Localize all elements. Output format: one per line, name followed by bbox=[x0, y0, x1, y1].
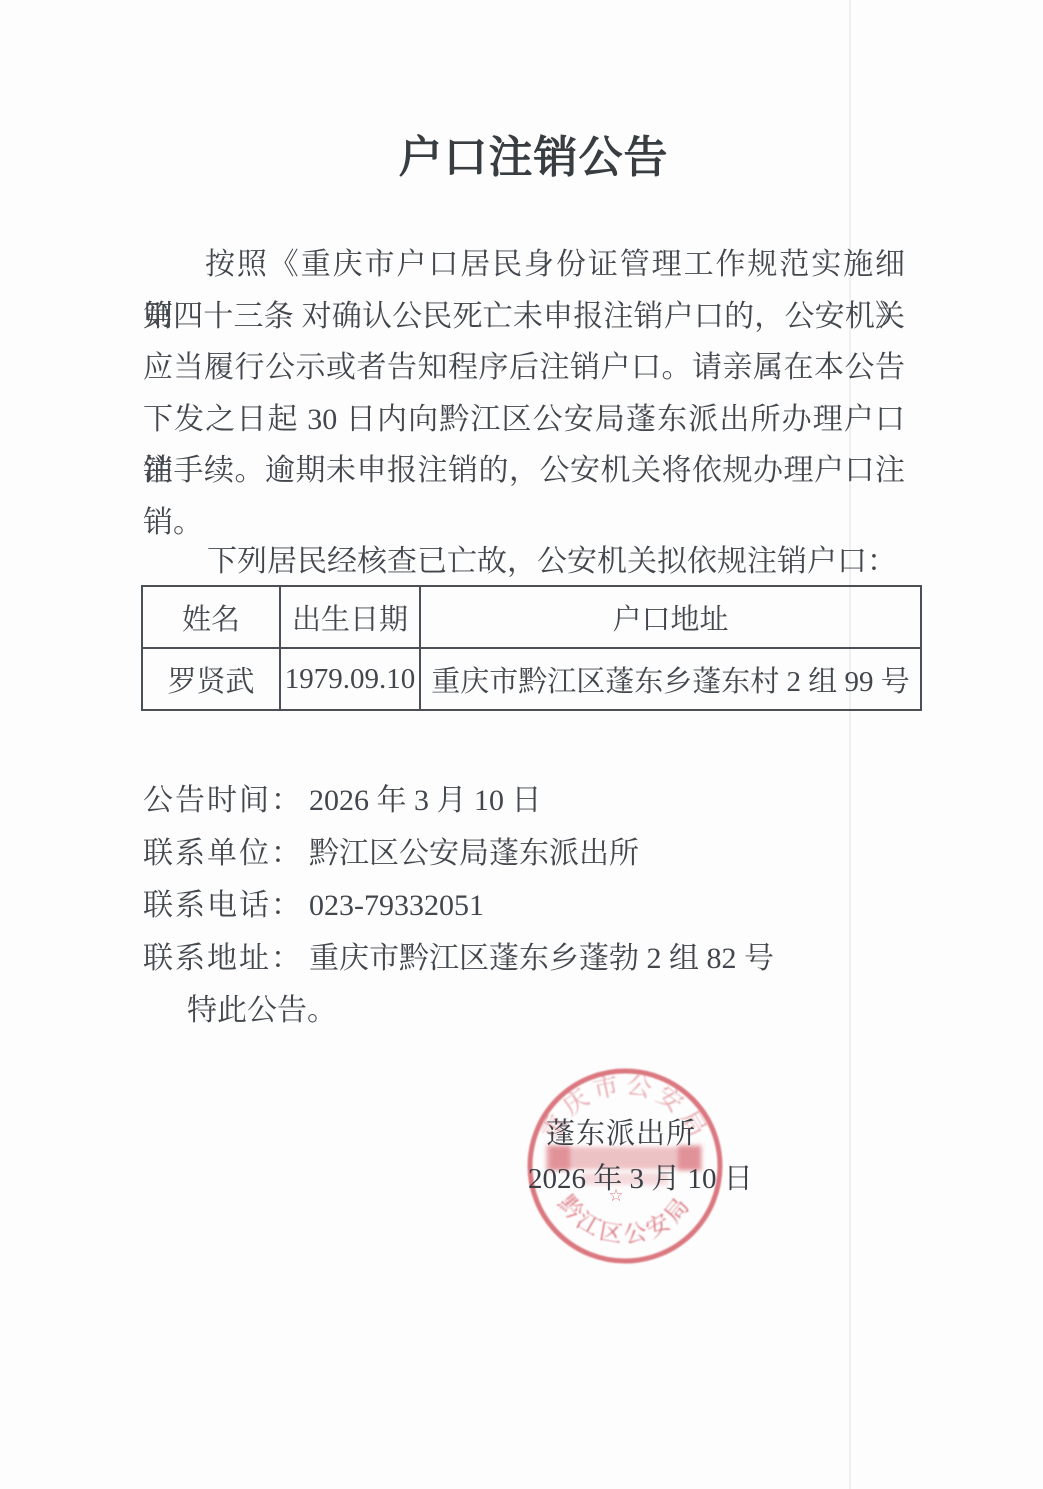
contact-info-block: 公告时间：2026 年 3 月 10 日 联系单位：黔江区公安局蓬东派出所 联系… bbox=[143, 775, 943, 1038]
svg-text:黔江区公安局: 黔江区公安局 bbox=[554, 1191, 697, 1248]
closing-line: 特此公告。 bbox=[143, 985, 943, 1038]
contact-address-value: 重庆市黔江区蓬东乡蓬勃 2 组 82 号 bbox=[309, 942, 774, 975]
cell-address: 重庆市黔江区蓬东乡蓬东村 2 组 99 号 bbox=[420, 648, 921, 710]
body-line-4: 下发之日起 30 日内向黔江区公安局蓬东派出所办理户口注 bbox=[143, 394, 905, 446]
signature-unit: 蓬东派出所 bbox=[546, 1114, 696, 1154]
contact-address-row: 联系地址：重庆市黔江区蓬东乡蓬勃 2 组 82 号 bbox=[143, 933, 943, 986]
notice-time-label: 公告时间： bbox=[143, 784, 303, 817]
table-header-row: 姓名 出生日期 户口地址 bbox=[142, 586, 921, 648]
body-line-2: 第四十三条 对确认公民死亡未申报注销户口的，公安机关 bbox=[143, 291, 905, 343]
col-header-birthdate: 出生日期 bbox=[280, 586, 420, 648]
contact-phone-label: 联系电话： bbox=[143, 889, 303, 922]
residents-table: 姓名 出生日期 户口地址 罗贤武 1979.09.10 重庆市黔江区蓬东乡蓬东村… bbox=[141, 585, 922, 711]
contact-unit-value: 黔江区公安局蓬东派出所 bbox=[309, 837, 639, 870]
signature-date: 2026 年 3 月 10 日 bbox=[528, 1159, 753, 1199]
body-line-3: 应当履行公示或者告知程序后注销户口。请亲属在本公告 bbox=[143, 342, 905, 394]
col-header-address: 户口地址 bbox=[420, 586, 921, 648]
cell-name: 罗贤武 bbox=[142, 648, 280, 710]
contact-unit-row: 联系单位：黔江区公安局蓬东派出所 bbox=[143, 828, 943, 881]
seal-bottom-arc-text: 黔江区公安局 bbox=[554, 1191, 697, 1248]
contact-phone-row: 联系电话：023-79332051 bbox=[143, 880, 943, 933]
notice-time-value: 2026 年 3 月 10 日 bbox=[309, 784, 542, 817]
cell-birthdate: 1979.09.10 bbox=[280, 648, 420, 710]
body-line-5: 销手续。逾期未申报注销的，公安机关将依规办理户口注 bbox=[143, 445, 905, 497]
scan-artifact-line bbox=[849, 0, 851, 1489]
contact-unit-label: 联系单位： bbox=[143, 837, 303, 870]
body-line-1: 按照《重庆市户口居民身份证管理工作规范实施细则》 bbox=[143, 239, 905, 291]
contact-address-label: 联系地址： bbox=[143, 942, 303, 975]
col-header-name: 姓名 bbox=[142, 586, 280, 648]
notice-time-row: 公告时间：2026 年 3 月 10 日 bbox=[143, 775, 943, 828]
body-paragraph: 按照《重庆市户口居民身份证管理工作规范实施细则》 第四十三条 对确认公民死亡未申… bbox=[143, 239, 905, 548]
document-page: 户口注销公告 按照《重庆市户口居民身份证管理工作规范实施细则》 第四十三条 对确… bbox=[0, 0, 1043, 1489]
contact-phone-value: 023-79332051 bbox=[309, 889, 484, 922]
table-row: 罗贤武 1979.09.10 重庆市黔江区蓬东乡蓬东村 2 组 99 号 bbox=[142, 648, 921, 710]
page-title: 户口注销公告 bbox=[12, 121, 1043, 185]
table-intro-line: 下列居民经核查已亡故，公安机关拟依规注销户口： bbox=[143, 536, 943, 588]
